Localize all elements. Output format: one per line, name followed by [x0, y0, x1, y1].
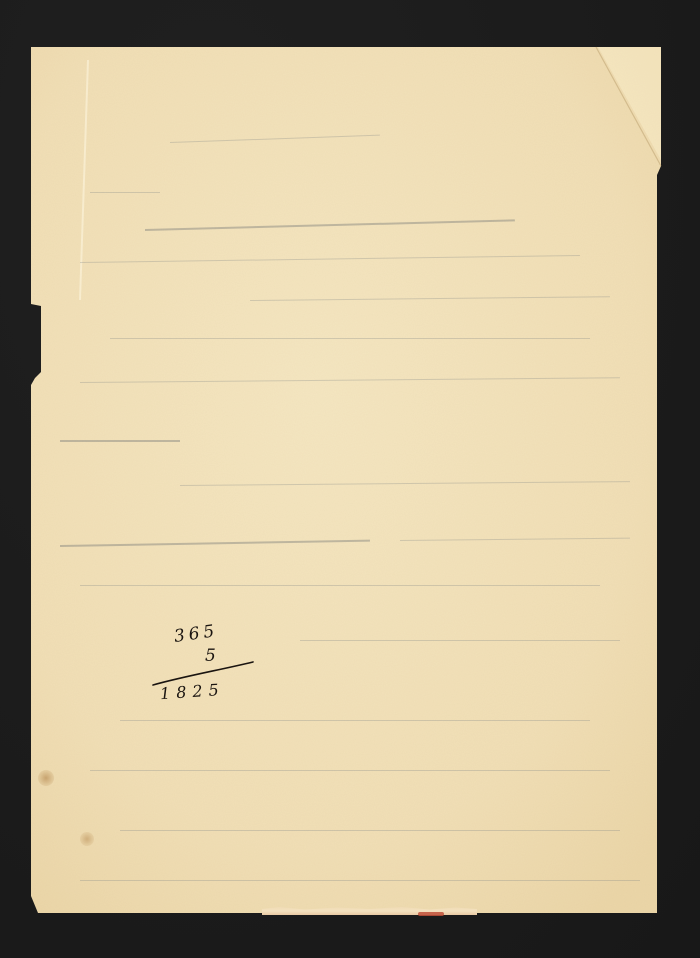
paper-sheet: [0, 0, 700, 958]
scan-background: 365 5 1825: [0, 0, 700, 958]
stain-mark: [38, 770, 54, 786]
handwritten-calculation: 365 5 1825: [150, 618, 260, 708]
multiplier: 5: [205, 648, 220, 665]
red-mark: [418, 912, 444, 916]
stain-mark: [80, 832, 94, 846]
product: 1825: [160, 682, 226, 702]
